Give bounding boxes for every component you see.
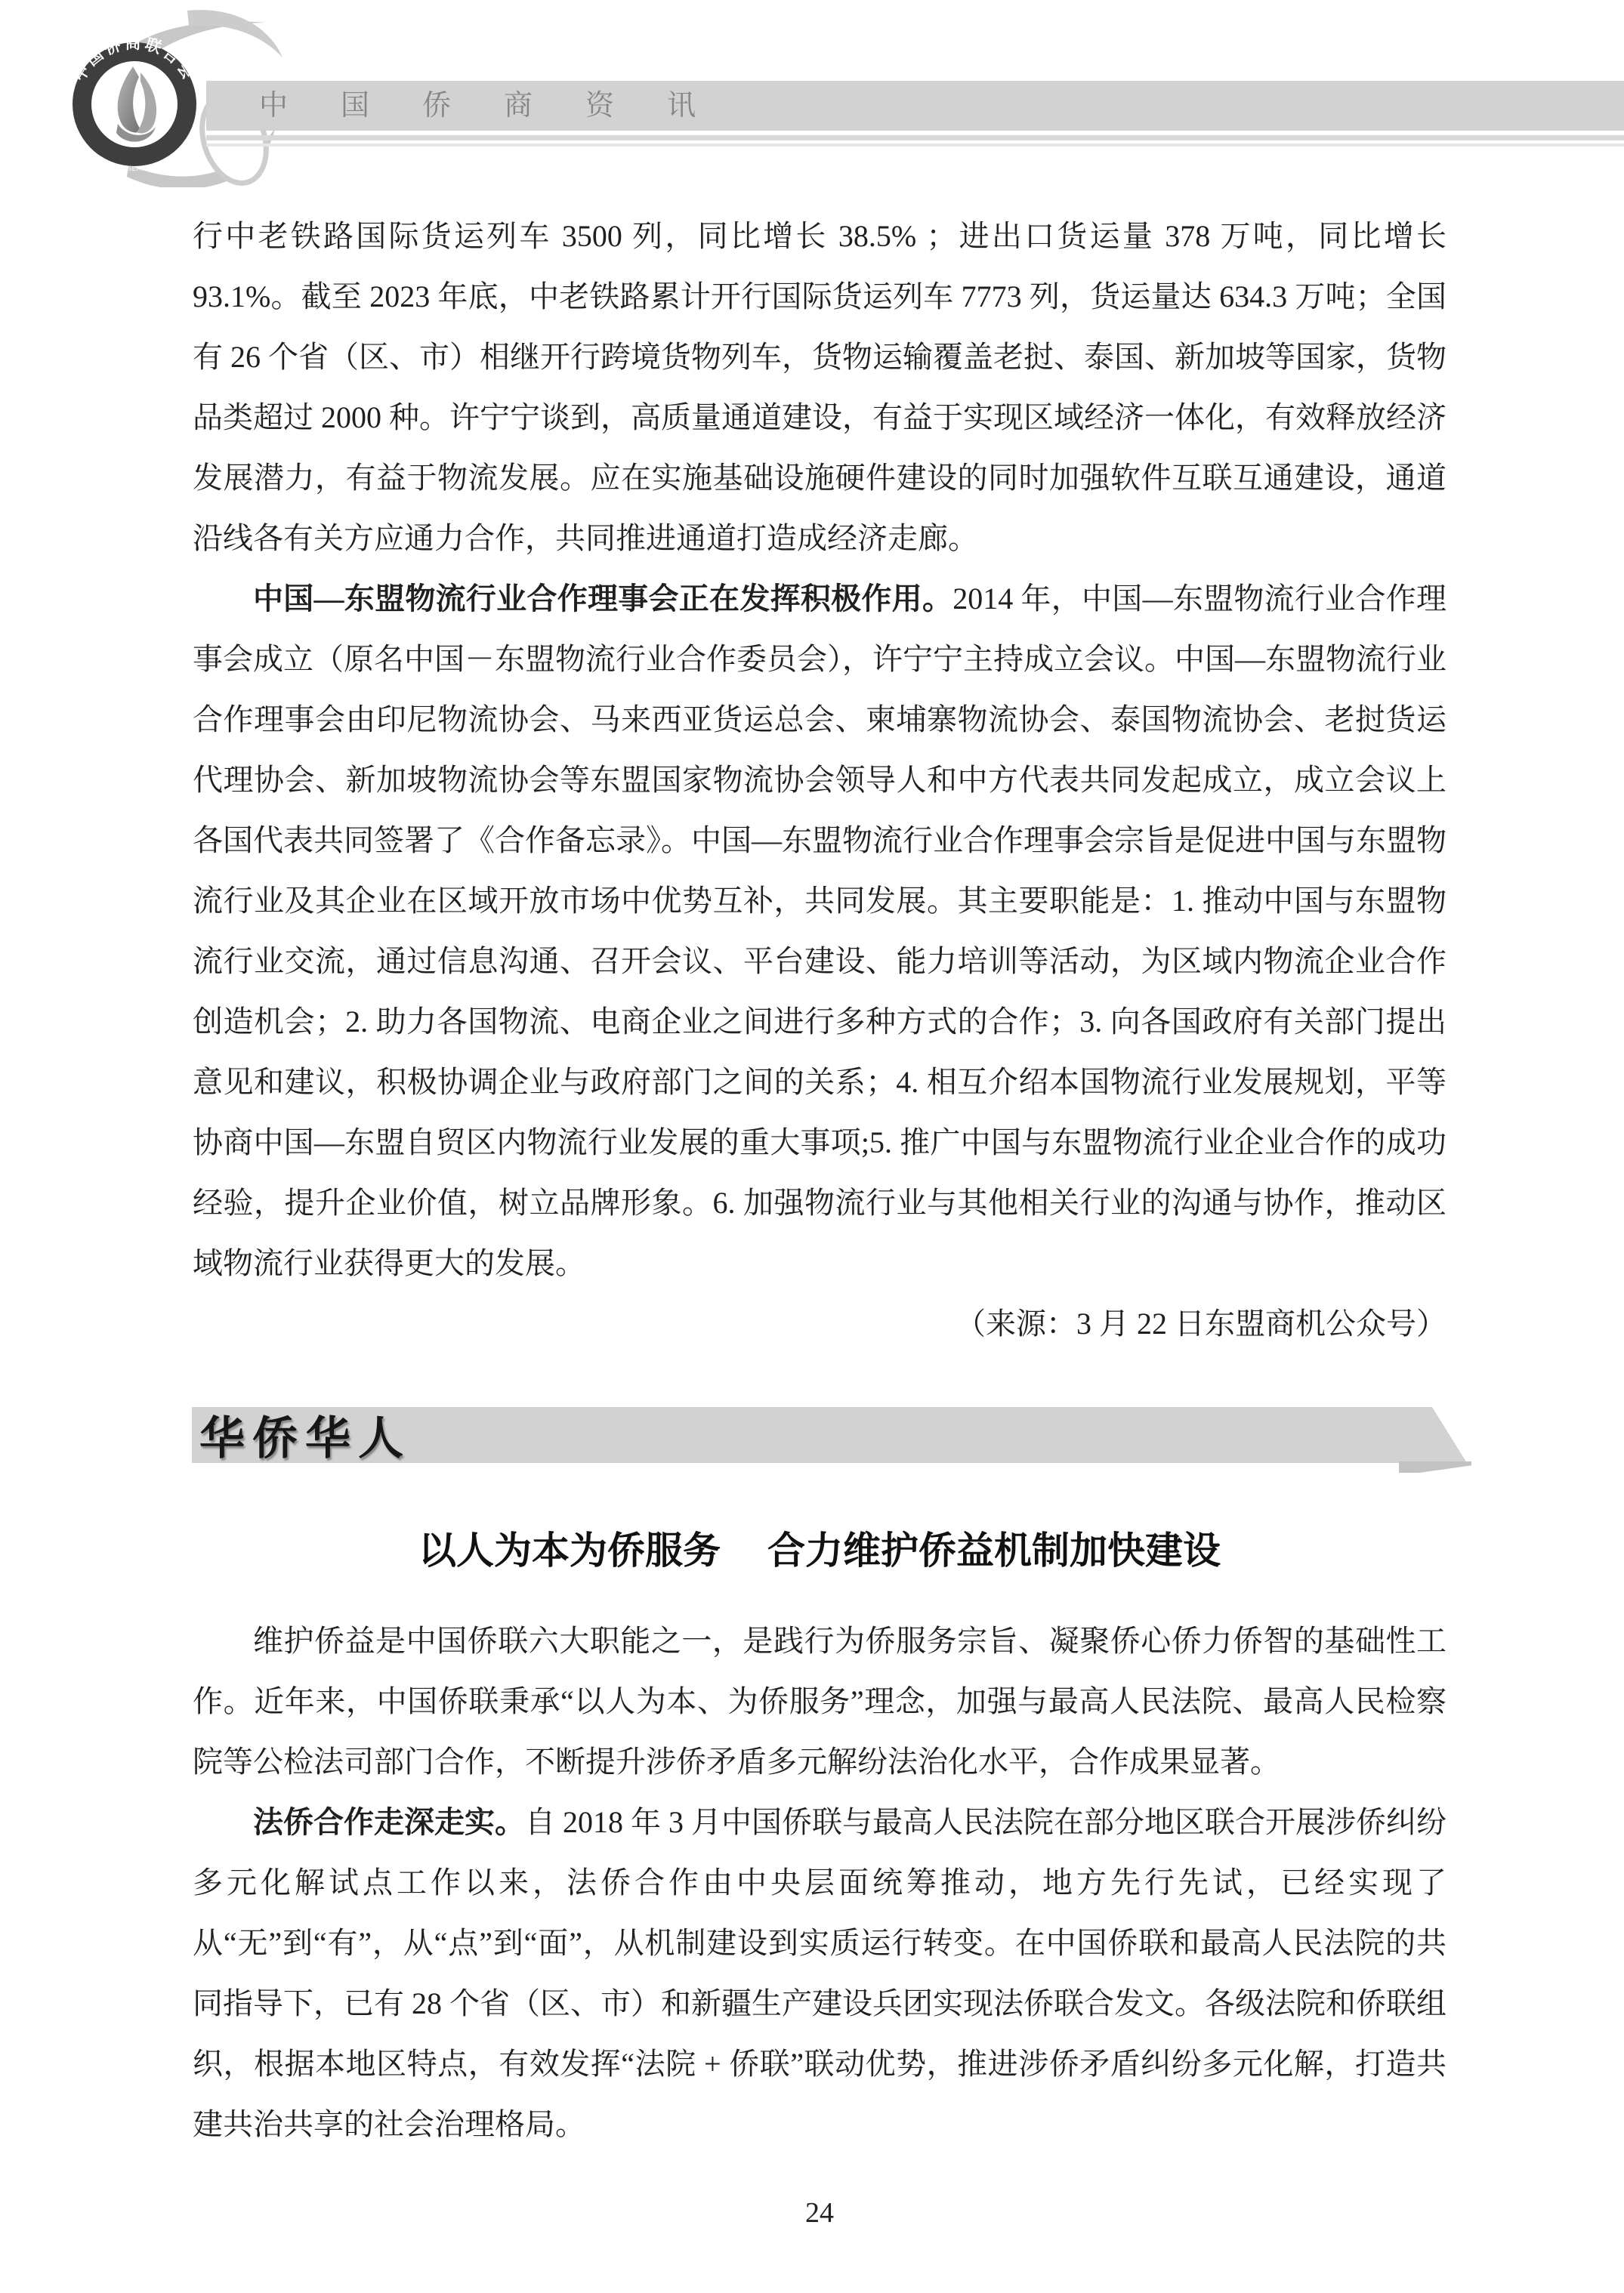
section-banner: 华侨华人 <box>192 1407 1467 1463</box>
page-footer: 24 <box>193 2196 1446 2230</box>
article-qiaoyi: 维护侨益是中国侨联六大职能之一，是践行为侨服务宗旨、凝聚侨心侨力侨智的基础性工作… <box>193 1611 1446 2155</box>
page: 中国侨商联合会 CHINA FEDERATION OF OVERSEAS CHI… <box>0 0 1624 2293</box>
paragraph-council-lead: 中国—东盟物流行业合作理事会正在发挥积极作用。 <box>253 582 952 616</box>
paragraph-laos-railway: 行中老铁路国际货运列车 3500 列，同比增长 38.5% ；进出口货运量 37… <box>193 206 1446 569</box>
paragraph-qiaoyi-intro: 维护侨益是中国侨联六大职能之一，是践行为侨服务宗旨、凝聚侨心侨力侨智的基础性工作… <box>193 1611 1446 1792</box>
section-label: 华侨华人 <box>199 1403 411 1467</box>
section-banner-shadow <box>1399 1461 1471 1473</box>
source-line: （来源：3 月 22 日东盟商机公众号） <box>193 1294 1446 1354</box>
paragraph-fajiao: 法侨合作走深走实。自 2018 年 3 月中国侨联与最高人民法院在部分地区联合开… <box>193 1792 1446 2155</box>
content: 行中老铁路国际货运列车 3500 列，同比增长 38.5% ；进出口货运量 37… <box>193 0 1446 2293</box>
article-logistics: 行中老铁路国际货运列车 3500 列，同比增长 38.5% ；进出口货运量 37… <box>193 206 1446 1354</box>
paragraph-fajiao-text: 自 2018 年 3 月中国侨联与最高人民法院在部分地区联合开展涉侨纠纷多元化解… <box>193 1805 1446 2141</box>
page-number: 24 <box>805 2197 834 2229</box>
paragraph-fajiao-lead: 法侨合作走深走实。 <box>253 1805 525 1839</box>
article-title: 以人为本为侨服务合力维护侨益机制加快建设 <box>193 1527 1446 1574</box>
article-title-part2: 合力维护侨益机制加快建设 <box>767 1529 1221 1572</box>
paragraph-council: 中国—东盟物流行业合作理事会正在发挥积极作用。2014 年，中国—东盟物流行业合… <box>193 569 1446 1294</box>
article-title-part1: 以人为本为侨服务 <box>418 1529 721 1572</box>
paragraph-council-text: 2014 年，中国—东盟物流行业合作理事会成立（原名中国－东盟物流行业合作委员会… <box>193 582 1446 1280</box>
